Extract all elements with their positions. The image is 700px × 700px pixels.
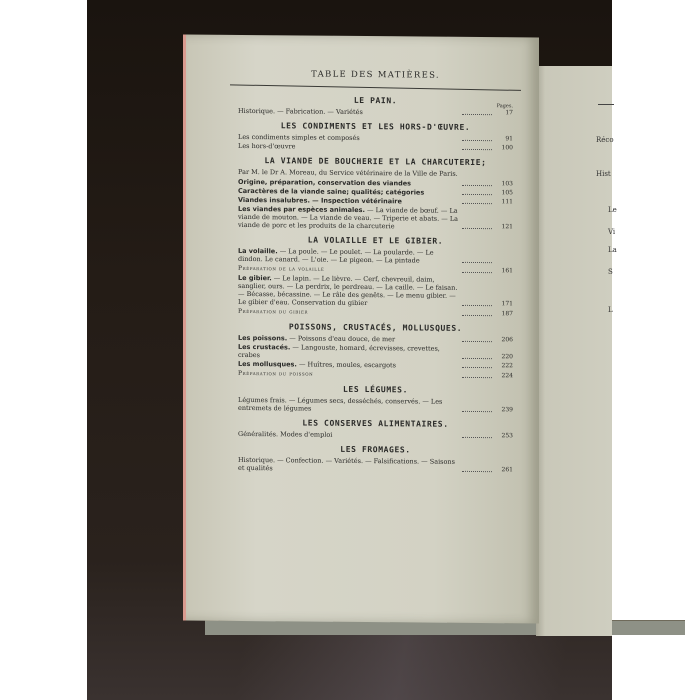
entry-text: La volaille. — La poule. — Le poulet. — …: [238, 247, 459, 265]
right-page-text-fragment: S: [608, 268, 613, 276]
dot-leader: [462, 228, 492, 229]
entry-text: Les hors-d'œuvre: [238, 142, 459, 152]
page-number: 187: [495, 310, 513, 318]
section-title: LES CONDIMENTS ET LES HORS-D'ŒUVRE.: [238, 121, 513, 132]
toc-entry: Les hors-d'œuvre100: [238, 142, 513, 152]
entry-text: Les viandes par espèces animales. — La v…: [238, 205, 459, 231]
page-number: 261: [495, 466, 513, 474]
dot-leader: [462, 272, 492, 273]
entry-text: Historique. — Fabrication. — Variétés: [238, 107, 459, 117]
dot-leader: [462, 358, 492, 359]
toc-entry: Généralités. Modes d'emploi253: [238, 430, 513, 440]
dot-leader: [462, 437, 492, 438]
page-number: 171: [495, 300, 513, 308]
toc-entry: Historique. — Fabrication. — Variétés17: [238, 107, 513, 117]
dot-leader: [462, 185, 492, 186]
toc-content: TABLE DES MATIÈRES. LE PAIN.Pages.Histor…: [238, 69, 513, 475]
section-title: POISSONS, CRUSTACÉS, MOLLUSQUES.: [238, 322, 513, 333]
page-number: 100: [495, 144, 513, 152]
toc-entry: Préparation du gibier187: [238, 307, 513, 318]
dot-leader: [462, 262, 492, 263]
section-title: LES LÉGUMES.: [238, 384, 513, 395]
page-number: 253: [495, 432, 513, 440]
dot-leader: [462, 140, 492, 141]
dot-leader: [462, 194, 492, 195]
page-number: 91: [495, 135, 513, 143]
section-title: LES FROMAGES.: [238, 444, 513, 455]
header-rule: [230, 84, 521, 91]
entry-text: Légumes frais. — Légumes secs, desséchés…: [238, 396, 459, 414]
right-page-text-fragment: L: [608, 306, 613, 314]
right-page-rule: [598, 104, 614, 105]
dot-leader: [462, 367, 492, 368]
right-page-text-fragment: Réco: [596, 136, 614, 144]
page-number: 222: [495, 362, 513, 370]
entry-text: Préparation du poisson: [238, 369, 459, 380]
toc-entry: Le gibier. — Le lapin. — Le lièvre. — Ce…: [238, 274, 513, 308]
toc-entry: Historique. — Confection. — Variétés. — …: [238, 456, 513, 474]
entry-text: Préparation du gibier: [238, 307, 459, 318]
entry-text: Historique. — Confection. — Variétés. — …: [238, 456, 459, 474]
entry-text: Les crustacés. — Langouste, homard, écre…: [238, 343, 459, 361]
page-number: 111: [495, 198, 513, 206]
toc-sections: LE PAIN.Pages.Historique. — Fabrication.…: [238, 95, 513, 474]
dot-leader: [462, 315, 492, 316]
page-title: TABLE DES MATIÈRES.: [238, 69, 513, 81]
toc-entry: Les viandes par espèces animales. — La v…: [238, 205, 513, 231]
dot-leader: [462, 305, 492, 306]
toc-entry: Les crustacés. — Langouste, homard, écre…: [238, 343, 513, 361]
entry-text: Généralités. Modes d'emploi: [238, 430, 459, 440]
page-number: 121: [495, 223, 513, 231]
entry-text: Préparation de la volaille: [238, 264, 459, 275]
page-number: 105: [495, 189, 513, 197]
section-subtitle: Par M. le Dr A. Moreau, du Service vétér…: [238, 168, 513, 178]
section-title: LA VOLAILLE ET LE GIBIER.: [238, 235, 513, 246]
right-page-text-fragment: Le: [608, 206, 617, 214]
toc-entry: Légumes frais. — Légumes secs, desséchés…: [238, 396, 513, 414]
dot-leader: [462, 203, 492, 204]
dot-leader: [462, 411, 492, 412]
dot-leader: [462, 114, 492, 115]
page-number: 220: [495, 353, 513, 361]
page-number: 161: [495, 267, 513, 275]
section-title: LA VIANDE DE BOUCHERIE ET LA CHARCUTERIE…: [238, 156, 513, 167]
toc-entry: Préparation du poisson224: [238, 369, 513, 380]
entry-text: Le gibier. — Le lapin. — Le lièvre. — Ce…: [238, 274, 459, 308]
page-number: 224: [495, 372, 513, 380]
page-number: 17: [495, 109, 513, 117]
dot-leader: [462, 377, 492, 378]
toc-entry: La volaille. — La poule. — Le poulet. — …: [238, 247, 513, 265]
dot-leader: [462, 341, 492, 342]
page-number: 103: [495, 180, 513, 188]
book-page: TABLE DES MATIÈRES. LE PAIN.Pages.Histor…: [183, 34, 539, 623]
dot-leader: [462, 149, 492, 150]
right-page-text-fragment: La: [608, 246, 617, 254]
page-number: 206: [495, 336, 513, 344]
dot-leader: [462, 471, 492, 472]
right-page-text-fragment: Vi: [608, 228, 615, 236]
right-page: RécoHistLeViLaSL: [536, 66, 612, 636]
section-title: LES CONSERVES ALIMENTAIRES.: [238, 418, 513, 429]
page-number: 239: [495, 406, 513, 414]
right-page-text-fragment: Hist: [596, 170, 611, 178]
